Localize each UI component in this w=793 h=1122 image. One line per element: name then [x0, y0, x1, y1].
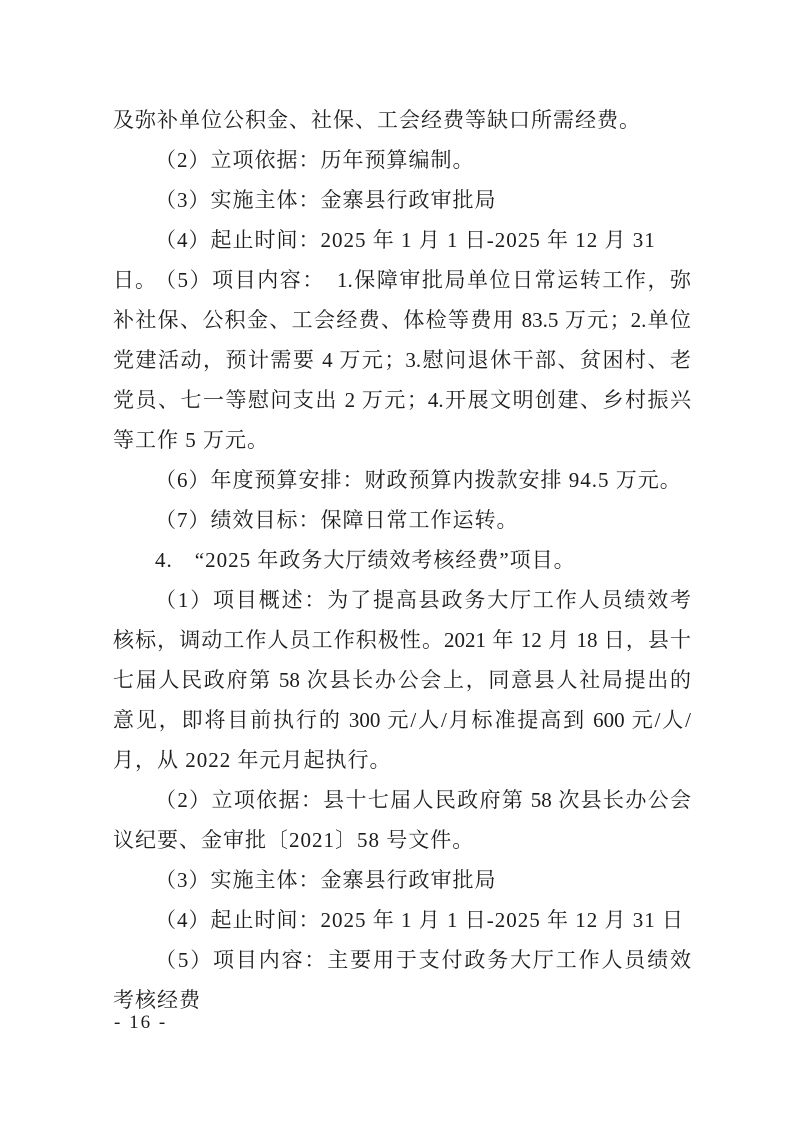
text-line: 核标，调动工作人员工作积极性。2021 年 12 月 18 日，县十 — [113, 620, 691, 660]
text-line: （4）起止时间：2025 年 1 月 1 日-2025 年 12 月 31 日。 — [113, 220, 691, 260]
text-line: （7）绩效目标：保障日常工作运转。 — [113, 500, 691, 540]
text-line: （1）项目概述：为了提高县政务大厅工作人员绩效考 — [113, 580, 691, 620]
text-line: （4）起止时间：2025 年 1 月 1 日-2025 年 12 月 31 日 — [113, 900, 691, 940]
text-line: （2）立项依据：县十七届人民政府第 58 次县长办公会 — [113, 780, 691, 820]
text-line: 党员、七一等慰问支出 2 万元；4.开展文明创建、乡村振兴 — [113, 380, 691, 420]
text-line: 七届人民政府第 58 次县长办公会上，同意县人社局提出的 — [113, 660, 691, 700]
text-line: 意见，即将目前执行的 300 元/人/月标准提高到 600 元/人/ — [113, 700, 691, 740]
text-line: 党建活动，预计需要 4 万元；3.慰问退休干部、贫困村、老 — [113, 340, 691, 380]
document-body: 及弥补单位公积金、社保、工会经费等缺口所需经费。 （2）立项依据：历年预算编制。… — [113, 100, 691, 1020]
text-line: （2）立项依据：历年预算编制。 — [113, 140, 691, 180]
page-number: - 16 - — [114, 1010, 167, 1036]
text-line: 补社保、公积金、工会经费、体检等费用 83.5 万元；2.单位 — [113, 300, 691, 340]
text-line: （5）项目内容： 1.保障审批局单位日常运转工作，弥 — [113, 260, 691, 300]
text-line: 等工作 5 万元。 — [113, 420, 691, 460]
text-line: （5）项目内容：主要用于支付政务大厅工作人员绩效 — [113, 940, 691, 980]
text-line: （3）实施主体：金寨县行政审批局 — [113, 860, 691, 900]
text-line: （3）实施主体：金寨县行政审批局 — [113, 180, 691, 220]
section-heading-line: 4. “2025 年政务大厅绩效考核经费”项目。 — [113, 540, 691, 580]
text-line: 及弥补单位公积金、社保、工会经费等缺口所需经费。 — [113, 100, 691, 140]
text-line: 月，从 2022 年元月起执行。 — [113, 740, 691, 780]
text-line: 议纪要、金审批〔2021〕58 号文件。 — [113, 820, 691, 860]
text-line: 考核经费 — [113, 980, 691, 1020]
text-line: （6）年度预算安排：财政预算内拨款安排 94.5 万元。 — [113, 460, 691, 500]
document-page: 及弥补单位公积金、社保、工会经费等缺口所需经费。 （2）立项依据：历年预算编制。… — [0, 0, 793, 1122]
